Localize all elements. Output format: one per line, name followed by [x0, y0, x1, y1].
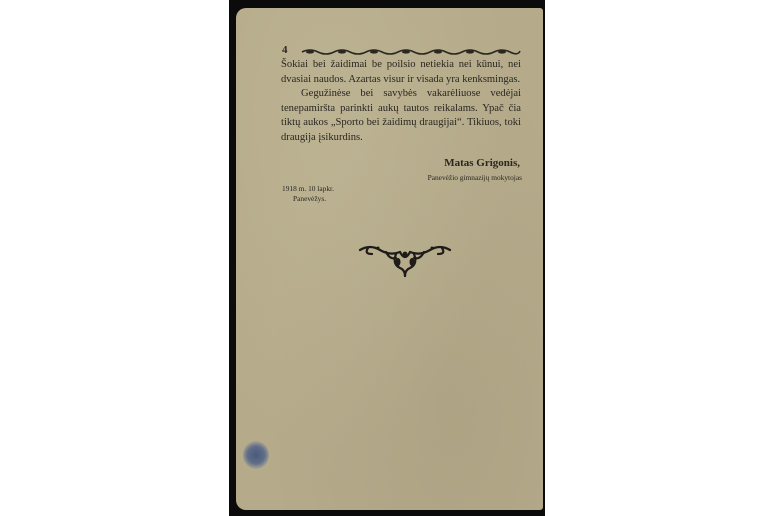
body-text: Šokiai bei žaidimai be poilsio netiekia …	[281, 58, 521, 146]
wavy-rule-ornament	[300, 46, 522, 56]
dateline-date: 1918 m. 10 lapkr.	[282, 184, 334, 193]
paragraph-2: Gegužinėse bei savybės vakarėliuose vedė…	[281, 87, 521, 145]
dateline-place: Panevėžys.	[293, 194, 326, 203]
ink-stain	[243, 441, 269, 469]
floral-vignette-ornament	[356, 240, 454, 278]
page-number: 4	[282, 44, 288, 56]
paragraph-1: Šokiai bei žaidimai be poilsio netiekia …	[281, 58, 521, 87]
signature-role: Panevėžio gimnazijų mokytojas	[400, 173, 522, 182]
signature-name: Matas Grigonis,	[420, 157, 520, 169]
